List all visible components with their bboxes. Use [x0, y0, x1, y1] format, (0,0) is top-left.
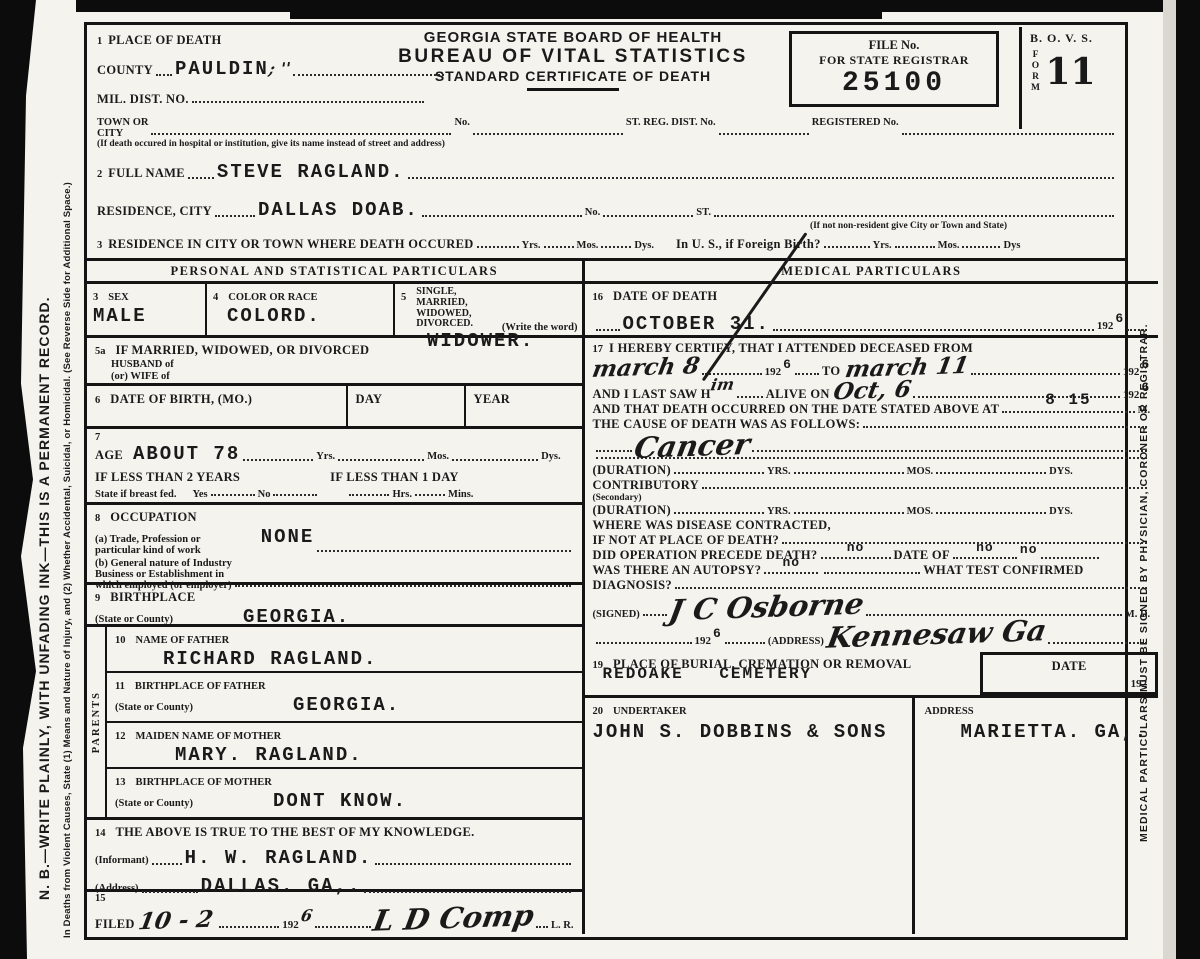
physician-address-label: (ADDRESS): [768, 636, 824, 647]
father-birthplace-label: BIRTHPLACE OF FATHER: [135, 681, 266, 692]
attended-dates-line: march 8 192 6 TO march 11 192 6: [593, 356, 1151, 379]
dotted-line: [675, 586, 1147, 589]
informant-label: (Informant): [95, 855, 149, 866]
year-stub: 192: [1131, 678, 1148, 690]
mos-label: Mos.: [938, 240, 960, 251]
what-test-label: WHAT TEST CONFIRMED: [923, 563, 1083, 578]
bovs-label: B. O. V. S.: [1030, 31, 1123, 46]
dotted-line: [473, 132, 623, 135]
parents-vertical-label: PARENTS: [87, 627, 107, 817]
dotted-line: [156, 73, 172, 76]
residence-city-label: RESIDENCE, CITY: [97, 204, 212, 219]
duration-line-1: (DURATION) YRS. MOS. DYS.: [593, 463, 1151, 478]
signed-label: (SIGNED): [593, 609, 640, 620]
duration-label: (DURATION): [593, 463, 671, 478]
dotted-line: [824, 571, 920, 574]
him-handwritten: im: [709, 377, 735, 394]
alive-year-digit: 6: [1141, 380, 1150, 395]
field-11-number: 11: [115, 681, 125, 692]
registrar-signature: L D Comp: [371, 901, 536, 936]
occupation-value: NONE: [261, 526, 315, 548]
dotted-line: no: [953, 555, 1017, 559]
informant-value: H. W. RAGLAND.: [185, 847, 373, 869]
city-label: CITY: [97, 129, 148, 140]
filed-year-handwritten: 6: [299, 908, 313, 924]
county-value: PAULDIN: [175, 58, 269, 80]
birthplace-value: GEORGIA.: [243, 606, 350, 628]
duration-label: (DURATION): [593, 503, 671, 518]
dotted-line: [936, 511, 1046, 514]
field-17-number: 17: [593, 344, 604, 355]
father-name-value: RICHARD RAGLAND.: [163, 648, 574, 670]
operation-line: DID OPERATION PRECEDE DEATH? no DATE OF …: [593, 548, 1151, 563]
field-5a-number: 5a: [95, 346, 106, 357]
yrs-label: Yrs.: [316, 451, 335, 462]
last-saw-label: AND I LAST SAW H: [593, 387, 711, 402]
certificate-title: STANDARD CERTIFICATE OF DEATH: [355, 68, 791, 84]
field-3-number: 3: [97, 240, 102, 251]
full-name-label: FULL NAME: [108, 166, 185, 181]
dotted-line: [902, 132, 1114, 135]
operation-no-value: no: [847, 540, 865, 555]
informant-row: 14 THE ABOVE IS TRUE TO THE BEST OF MY K…: [87, 820, 582, 892]
mins-label: Mins.: [448, 489, 473, 500]
to-year-digit: 6: [1141, 357, 1150, 372]
breast-fed-label: State if breast fed.: [95, 489, 176, 500]
secondary-label: (Secondary): [593, 493, 1151, 503]
full-name-value: STEVE RAGLAND.: [217, 161, 405, 183]
physician-certification-block: 17 I HEREBY CERTIFY, THAT I ATTENDED DEC…: [585, 338, 1159, 652]
birthplace-label: BIRTHPLACE: [110, 590, 195, 604]
undertaker-row: 20 UNDERTAKER JOHN S. DOBBINS & SONS ADD…: [585, 698, 1159, 934]
dotted-line: [863, 425, 1147, 428]
attended-from-handwritten: march 8: [590, 354, 701, 381]
mil-dist-label: MIL. DIST. NO.: [97, 92, 189, 107]
day-label: DAY: [356, 392, 383, 406]
date-of-birth-label: DATE OF BIRTH, (MO.): [110, 392, 252, 406]
bureau-title: BUREAU OF VITAL STATISTICS: [355, 46, 791, 68]
board-title: GEORGIA STATE BOARD OF HEALTH: [355, 29, 791, 46]
yes-label: Yes: [192, 489, 207, 500]
autopsy-line: WAS THERE AN AUTOPSY? no WHAT TEST CONFI…: [593, 563, 1151, 578]
death-year-digit: 6: [1115, 311, 1124, 326]
state-or-county-label: (State or County): [115, 702, 193, 713]
dotted-line: [211, 493, 255, 496]
personal-section-title: PERSONAL AND STATISTICAL PARTICULARS: [87, 261, 582, 284]
dotted-line: [151, 132, 451, 135]
filed-date-handwritten: 10 - 2: [136, 908, 214, 934]
occupation-b-label2: Business or Establishment in: [95, 569, 232, 580]
diagnosis-label: DIAGNOSIS?: [593, 578, 672, 593]
dotted-line: [725, 641, 765, 644]
autopsy-no-value: no: [782, 555, 800, 570]
filed-label: FILED: [95, 917, 135, 932]
field-number: 4: [213, 292, 218, 303]
cause-value-line: Cancer: [593, 432, 1151, 456]
mos-label: MOS.: [907, 506, 934, 517]
from-year-digit: 6: [783, 357, 792, 372]
meridiem-label: M.: [1138, 405, 1151, 416]
field-7-number: 7: [95, 432, 568, 443]
dotted-line: [536, 925, 548, 928]
registered-no-label: REGISTERED No.: [812, 117, 899, 128]
operation-no-value-2: no: [976, 540, 994, 555]
field-number: 3: [93, 292, 98, 303]
occupation-a-label: (a) Trade, Profession or: [95, 534, 201, 545]
death-time-line: AND THAT DEATH OCCURRED ON THE DATE STAT…: [593, 402, 1151, 417]
burial-value: REDOAKE CEMETERY: [603, 665, 973, 683]
field-20-number: 20: [593, 706, 604, 717]
filed-row: 15 FILED 10 - 2 192 6 L D Comp L. R.: [87, 892, 582, 934]
title-rule: [527, 88, 619, 91]
dotted-line: [215, 214, 255, 217]
undertaker-address-label: ADDRESS: [925, 706, 974, 717]
field-10-number: 10: [115, 635, 126, 646]
dotted-line: no: [764, 570, 818, 574]
age-value: ABOUT 78: [133, 443, 240, 465]
state-or-county-label: (State or County): [115, 798, 193, 809]
dotted-line: [601, 245, 631, 248]
field-6-number: 6: [95, 395, 100, 406]
town-or-label: TOWN OR: [97, 118, 148, 129]
autopsy-label: WAS THERE AN AUTOPSY?: [593, 563, 762, 578]
field-14-number: 14: [95, 828, 106, 839]
dotted-line: [674, 471, 764, 474]
dys-label: Dys: [1003, 240, 1020, 251]
mother-birthplace-label: BIRTHPLACE OF MOTHER: [136, 777, 272, 788]
dotted-line: [752, 449, 1147, 452]
left-margin-note-main: N. B.—WRITE PLAINLY, WITH UNFADING INK—T…: [36, 297, 52, 900]
disease-contracted-line: WHERE WAS DISEASE CONTRACTED, IF NOT AT …: [593, 518, 1151, 548]
signed-line: (SIGNED) J C Osborne M. D.: [593, 593, 1151, 620]
dotted-line: [1048, 641, 1147, 644]
father-birthplace-row: 11 BIRTHPLACE OF FATHER (State or County…: [107, 673, 582, 723]
dotted-line: [824, 245, 870, 248]
to-label: TO: [822, 364, 840, 379]
year-stub: 192: [1097, 320, 1114, 332]
dys-label: Dys.: [541, 451, 561, 462]
married-widowed-row: 5a IF MARRIED, WIDOWED, OR DIVORCED HUSB…: [87, 338, 582, 386]
husband-of-label: HUSBAND of: [111, 359, 574, 371]
marital-word: DIVORCED.: [416, 319, 473, 330]
dotted-line: [895, 245, 935, 248]
father-birthplace-value: GEORGIA.: [293, 694, 400, 716]
dotted-line: [1041, 556, 1099, 559]
field-number: 5: [401, 292, 406, 303]
field-12-number: 12: [115, 731, 126, 742]
burial-row: 19 PLACE OF BURIAL, CREMATION OR REMOVAL…: [585, 652, 1159, 698]
sex-label: SEX: [108, 292, 128, 303]
dotted-line: [794, 471, 904, 474]
occupation-b-label: (b) General nature of Industry: [95, 558, 232, 569]
file-number-value: 25100: [792, 68, 996, 99]
dotted-line: [702, 486, 1147, 489]
contracted-label-1: WHERE WAS DISEASE CONTRACTED,: [593, 518, 1151, 533]
dotted-line: [674, 511, 764, 514]
sex-value: MALE: [93, 305, 199, 327]
physician-address-handwritten: Kennesaw Ga: [825, 616, 1049, 653]
mother-name-value: MARY. RAGLAND.: [175, 744, 574, 766]
dotted-line: [1127, 328, 1147, 331]
truth-statement: THE ABOVE IS TRUE TO THE BEST OF MY KNOW…: [116, 825, 475, 839]
dotted-line: [243, 458, 313, 461]
dotted-line: [422, 214, 582, 217]
sex-color-marital-row: 3 SEX MALE 4 COLOR OR RACE COLORD. 5 SIN…: [87, 284, 582, 338]
dys-label: Dys.: [634, 240, 654, 251]
undertaker-label: UNDERTAKER: [613, 706, 687, 717]
occupation-row: 8 OCCUPATION (a) Trade, Profession or pa…: [87, 505, 582, 585]
dotted-line: [349, 493, 389, 496]
if-married-label: IF MARRIED, WIDOWED, OR DIVORCED: [116, 343, 370, 357]
file-registrar-label: FOR STATE REGISTRAR: [792, 53, 996, 68]
dotted-line: [795, 372, 819, 375]
dotted-line: [273, 493, 317, 496]
county-pen-mark: ; '': [267, 61, 291, 78]
field-8-number: 8: [95, 513, 100, 524]
signed-year-digit: 6: [713, 626, 722, 641]
cause-of-death-handwritten: Cancer: [632, 430, 752, 463]
hrs-label: Hrs.: [392, 489, 412, 500]
left-margin-note-sub: In Deaths from Violent Causes, State (1)…: [62, 182, 73, 938]
dotted-line: [477, 245, 519, 248]
form-number-box: B. O. V. S. FORM 11: [1019, 27, 1123, 129]
medical-section-title: MEDICAL PARTICULARS: [585, 261, 1159, 284]
dotted-line: [408, 176, 1114, 179]
dotted-line: [643, 613, 667, 616]
field-13-number: 13: [115, 777, 126, 788]
alive-on-label: ALIVE ON: [766, 387, 830, 402]
dotted-line: [737, 395, 763, 398]
field-19-number: 19: [593, 660, 604, 671]
death-time-value: 8 15: [1045, 391, 1091, 409]
age-label: AGE: [95, 448, 123, 463]
year-stub: 192: [282, 919, 299, 931]
file-no-label: FILE No.: [792, 38, 996, 53]
parents-section: PARENTS 10 NAME OF FATHER RICHARD RAGLAN…: [87, 627, 582, 820]
death-certificate: GEORGIA STATE BOARD OF HEALTH BUREAU OF …: [84, 22, 1128, 940]
burial-date-cell: DATE 192: [980, 652, 1158, 695]
hospital-note: (If death occured in hospital or institu…: [97, 139, 1117, 149]
dotted-line: [219, 925, 279, 928]
color-race-label: COLOR OR RACE: [228, 292, 317, 303]
yrs-label: YRS.: [767, 506, 791, 517]
year-stub: 192: [1123, 366, 1140, 378]
residence-no-label: No.: [585, 207, 600, 218]
dotted-line: [971, 372, 1119, 375]
mos-label: Mos.: [427, 451, 449, 462]
father-name-label: NAME OF FATHER: [136, 635, 230, 646]
contributory-label: CONTRIBUTORY: [593, 478, 699, 493]
dotted-line: [152, 862, 182, 865]
year-stub: 192: [1123, 389, 1140, 401]
dotted-line: [415, 493, 445, 496]
alive-date-handwritten: Oct, 6: [831, 378, 912, 404]
year-stub: 192: [765, 366, 782, 378]
dotted-line: [962, 245, 1000, 248]
state-or-county-label: (State or County): [95, 614, 173, 625]
contributory-line: CONTRIBUTORY (Secondary): [593, 478, 1151, 503]
scan-edge-top-thick: [290, 0, 882, 19]
diagnosis-line: DIAGNOSIS?: [593, 578, 1151, 593]
dotted-line: [338, 458, 424, 461]
form-number: 11: [1046, 51, 1096, 93]
yrs-label: Yrs.: [873, 240, 892, 251]
date-of-label: DATE OF: [894, 548, 950, 563]
date-of-death-label: DATE OF DEATH: [613, 289, 717, 303]
contracted-label-2: IF NOT AT PLACE OF DEATH?: [593, 533, 780, 548]
death-occurred-label: AND THAT DEATH OCCURRED ON THE DATE STAT…: [593, 402, 1000, 417]
dotted-line: [188, 176, 214, 179]
medical-particulars-column: MEDICAL PARTICULARS 16 DATE OF DEATH OCT…: [585, 261, 1159, 934]
year-stub: 192: [695, 635, 712, 647]
field-2-number: 2: [97, 169, 102, 180]
dotted-line: 8 15: [1002, 409, 1134, 413]
field-9-number: 9: [95, 593, 100, 604]
marital-word: MARRIED,: [416, 298, 473, 309]
mother-birthplace-value: DONT KNOW.: [273, 790, 407, 812]
duration-line-2: (DURATION) YRS. MOS. DYS.: [593, 503, 1151, 518]
personal-particulars-column: PERSONAL AND STATISTICAL PARTICULARS 3 S…: [87, 261, 585, 934]
residence-duration-label: RESIDENCE IN CITY OR TOWN WHERE DEATH OC…: [108, 237, 473, 252]
county-label: COUNTY: [97, 63, 153, 78]
street-no-label: No.: [454, 117, 469, 128]
dotted-line: [596, 328, 620, 331]
md-label: M. D.: [1125, 609, 1150, 620]
scan-edge-right-gray: [1163, 0, 1176, 959]
dotted-line: [773, 328, 1094, 331]
yrs-label: Yrs.: [522, 240, 541, 251]
year-label: YEAR: [474, 392, 511, 406]
dotted-line: [719, 132, 809, 135]
dotted-line: [714, 214, 1114, 217]
dys-label: DYS.: [1049, 466, 1073, 477]
field-1-number: 1: [97, 36, 102, 47]
occupation-a-label2: particular kind of work: [95, 545, 201, 556]
mother-birthplace-row: 13 BIRTHPLACE OF MOTHER (State or County…: [107, 769, 582, 817]
age-row: 7 AGE ABOUT 78 Yrs. Mos. Dys. IF LESS TH…: [87, 429, 582, 505]
dotted-line: [192, 100, 424, 103]
mother-name-label: MAIDEN NAME OF MOTHER: [136, 731, 282, 742]
wife-of-label: (or) WIFE of: [111, 371, 574, 383]
less-than-1-day-label: IF LESS THAN 1 DAY: [330, 470, 459, 485]
residence-st-label: ST.: [696, 207, 711, 218]
less-than-2-years-label: IF LESS THAN 2 YEARS: [95, 470, 240, 485]
birthplace-row: 9 BIRTHPLACE (State or County) GEORGIA.: [87, 585, 582, 627]
residence-value: DALLAS DOAB.: [258, 199, 419, 221]
father-name-row: 10 NAME OF FATHER RICHARD RAGLAND.: [107, 627, 582, 673]
mos-label: Mos.: [577, 240, 599, 251]
mos-label: MOS.: [907, 466, 934, 477]
undertaker-address-value: MARIETTA. GA,.: [961, 721, 1149, 743]
date-of-birth-row: 6 DATE OF BIRTH, (MO.) DAY YEAR: [87, 386, 582, 429]
dotted-line: [782, 541, 1147, 544]
nonresident-note: (If not non-resident give City or Town a…: [97, 221, 1117, 231]
no-label: No: [258, 489, 271, 500]
dotted-line: [315, 925, 371, 928]
st-reg-dist-label: ST. REG. DIST. No.: [626, 117, 716, 128]
scan-edge-right: [1176, 0, 1200, 959]
dotted-line: [452, 458, 538, 461]
local-registrar-abbrev: L. R.: [551, 920, 573, 931]
dotted-line: [596, 449, 632, 452]
dotted-line: [596, 641, 692, 644]
file-number-box: FILE No. FOR STATE REGISTRAR 25100: [789, 31, 999, 107]
dotted-line: [603, 214, 693, 217]
dotted-line: [936, 471, 1046, 474]
occupation-label: OCCUPATION: [110, 510, 197, 524]
yrs-label: YRS.: [767, 466, 791, 477]
write-the-word-note: (Write the word): [502, 322, 578, 333]
mother-name-row: 12 MAIDEN NAME OF MOTHER MARY. RAGLAND.: [107, 723, 582, 769]
agency-header: GEORGIA STATE BOARD OF HEALTH BUREAU OF …: [355, 29, 791, 91]
form-word-vertical: FORM: [1030, 50, 1040, 94]
place-of-death-label: PLACE OF DEATH: [108, 33, 221, 48]
dotted-line: no: [821, 555, 891, 559]
dotted-line: [375, 862, 570, 865]
color-race-value: COLORD.: [227, 305, 387, 327]
burial-date-label: DATE: [1052, 659, 1087, 673]
date-of-death-row: 16 DATE OF DEATH OCTOBER 31. 192 6: [585, 284, 1159, 338]
dotted-line: [544, 245, 574, 248]
operation-no-value-3: no: [1020, 542, 1038, 557]
certificate-header: GEORGIA STATE BOARD OF HEALTH BUREAU OF …: [87, 25, 1125, 261]
dotted-line: [317, 549, 570, 552]
dotted-line: [794, 511, 904, 514]
field-16-number: 16: [593, 292, 604, 303]
undertaker-value: JOHN S. DOBBINS & SONS: [593, 721, 904, 743]
dys-label: DYS.: [1049, 506, 1073, 517]
